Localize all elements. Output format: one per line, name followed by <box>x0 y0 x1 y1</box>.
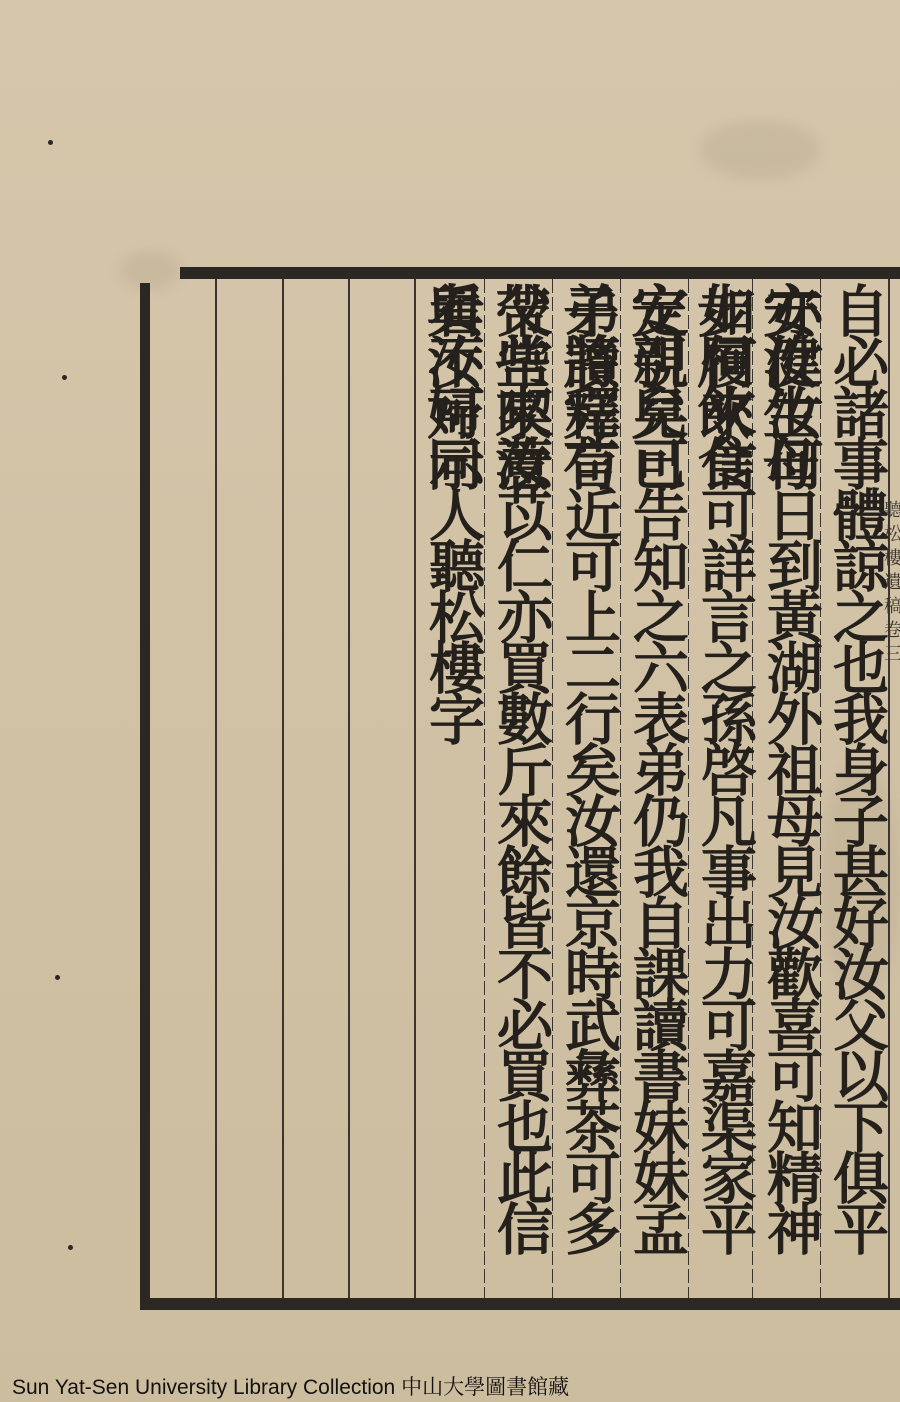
binding-hole <box>55 975 60 980</box>
column-rule <box>282 279 284 1298</box>
paper-stain <box>120 250 180 290</box>
page-frame-left <box>140 283 150 1308</box>
binding-hole <box>48 140 53 145</box>
column-rule <box>215 279 217 1298</box>
column-rule <box>348 279 350 1298</box>
binding-hole <box>62 375 67 380</box>
text-column-6: 父常喫薏苡仁亦買數斤來餘皆不必買也此信與汝婦同 <box>486 282 556 1298</box>
text-column-7: 看不可示人聽松樓字 <box>418 282 488 1298</box>
paper-stain <box>700 120 820 180</box>
binding-hole <box>68 1245 73 1250</box>
text-column-1: 自必諸事體諒之也我身子甚好汝父以下俱平安汝生母 <box>822 282 892 1298</box>
text-column-4: 定親矣可告知之六表弟仍我自課讀書妹妹孟子將完苟 <box>622 282 692 1298</box>
page-frame-top <box>180 267 900 279</box>
page-frame-bottom <box>140 1298 900 1310</box>
margin-heading: 聽松樓遺稿卷三 <box>884 500 900 668</box>
text-column-3: 如何來信可詳言之孫啓凡事出力可嘉渠家平安引兒已 <box>690 282 760 1298</box>
library-credit: Sun Yat-Sen University Library Collectio… <box>12 1371 569 1401</box>
text-column-5: 弟讀釋言近可上二行矣汝還京時武彝茶可多帶些來汝 <box>554 282 624 1298</box>
text-column-2: 亦健汝何日到黃湖外祖母見汝歡喜可知精神步履飲食 <box>756 282 826 1298</box>
